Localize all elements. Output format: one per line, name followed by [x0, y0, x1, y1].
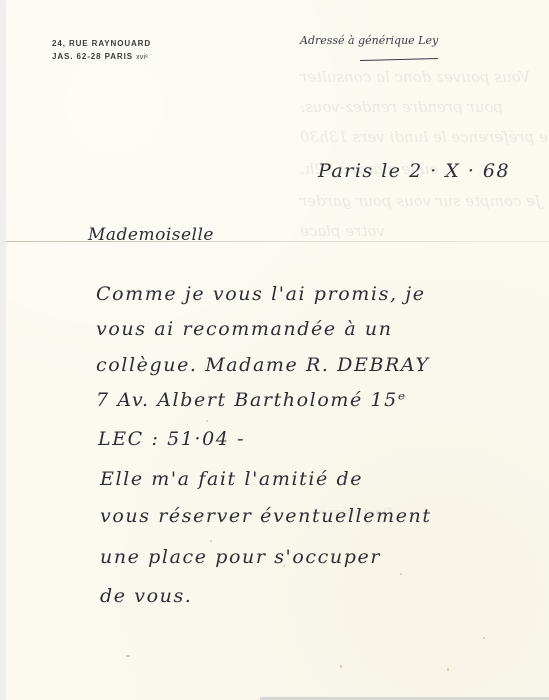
letter-line: Comme je vous l'ai promis, je	[96, 283, 426, 305]
foxing-spot	[126, 655, 130, 657]
letter-line: collègue. Madame R. DEBRAY	[96, 354, 430, 376]
letter-date: Paris le 2 · X · 68	[318, 160, 510, 182]
foxing-spot	[447, 668, 449, 671]
letter-line: de vous.	[100, 585, 192, 607]
letter-line: vous réserver éventuellement	[100, 505, 432, 527]
foxing-spot	[340, 665, 342, 668]
margin-annotation: Adressé à générique Ley	[300, 34, 438, 47]
letterhead-phone-city: JAS. 62-28 PARIS XVIᵉ	[52, 50, 151, 64]
letter-line: une place pour s'occuper	[100, 546, 381, 568]
foxing-spot	[483, 637, 485, 639]
foxing-spot	[121, 404, 123, 406]
foxing-spot	[400, 573, 402, 575]
letterhead: 24, RUE RAYNOUARD JAS. 62-28 PARIS XVIᵉ	[52, 37, 151, 64]
letterhead-phone: JAS. 62-28 PARIS	[52, 52, 133, 61]
foxing-spot	[283, 565, 285, 567]
letterhead-address: 24, RUE RAYNOUARD	[52, 37, 151, 50]
letterhead-arrondissement: XVIᵉ	[136, 54, 148, 61]
foxing-spot	[206, 420, 208, 422]
letter-line: LEC : 51·04 -	[98, 428, 245, 450]
letter-line: vous ai recommandée à un	[96, 318, 393, 340]
letter-line: Elle m'a fait l'amitié de	[100, 468, 363, 490]
letter-salutation: Mademoiselle	[88, 225, 214, 245]
foxing-spot	[210, 540, 212, 542]
letter-paper	[6, 0, 549, 700]
letter-line: 7 Av. Albert Bartholomé 15ᵉ	[96, 389, 407, 411]
